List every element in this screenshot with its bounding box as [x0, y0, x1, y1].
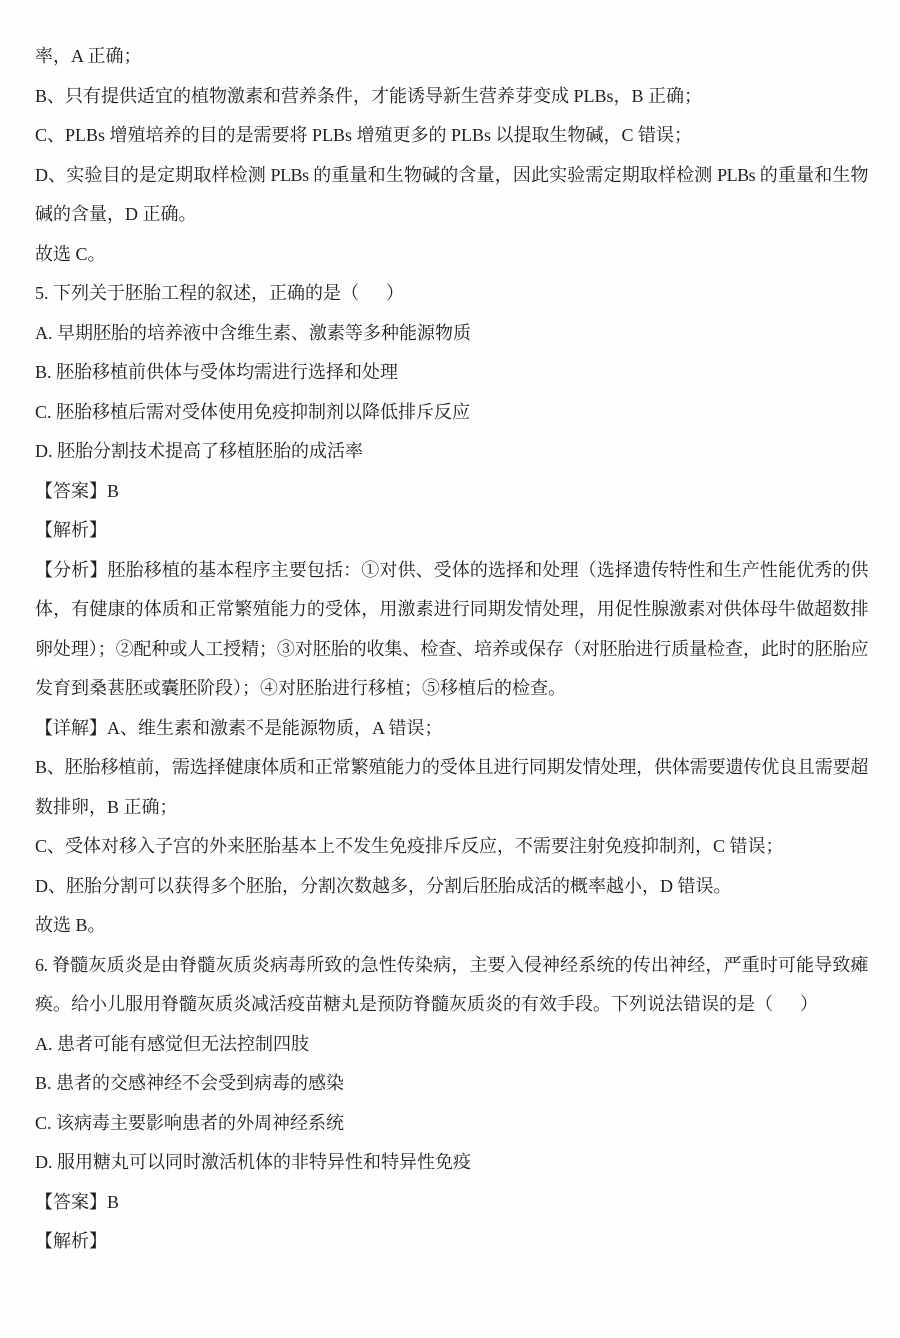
text-line: 故选 C。: [35, 235, 868, 275]
text-line: C. 该病毒主要影响患者的外周神经系统: [35, 1104, 868, 1144]
text-line: D. 胚胎分割技术提高了移植胚胎的成活率: [35, 432, 868, 472]
text-line: 5. 下列关于胚胎工程的叙述，正确的是（ ）: [35, 274, 868, 314]
document-body: 率，A 正确；B、只有提供适宜的植物激素和营养条件，才能诱导新生营养芽变成 PL…: [0, 0, 900, 1262]
text-line: D、胚胎分割可以获得多个胚胎，分割次数越多，分割后胚胎成活的概率越小，D 错误。: [35, 867, 868, 907]
text-line: C、PLBs 增殖培养的目的是需要将 PLBs 增殖更多的 PLBs 以提取生物…: [35, 116, 868, 156]
text-line: 【详解】A、维生素和激素不是能源物质，A 错误；: [35, 709, 868, 749]
text-line: D. 服用糖丸可以同时激活机体的非特异性和特异性免疫: [35, 1143, 868, 1183]
text-line: 数排卵，B 正确；: [35, 788, 868, 828]
text-line: 发育到桑葚胚或囊胚阶段）；④对胚胎进行移植；⑤移植后的检查。: [35, 669, 868, 709]
text-line: 率，A 正确；: [35, 37, 868, 77]
text-line: 6. 脊髓灰质炎是由脊髓灰质炎病毒所致的急性传染病，主要入侵神经系统的传出神经，…: [35, 946, 868, 986]
text-line: 卵处理）；②配种或人工授精；③对胚胎的收集、检查、培养或保存（对胚胎进行质量检查…: [35, 630, 868, 670]
text-line: C、受体对移入子宫的外来胚胎基本上不发生免疫排斥反应，不需要注射免疫抑制剂，C …: [35, 827, 868, 867]
text-line: C. 胚胎移植后需对受体使用免疫抑制剂以降低排斥反应: [35, 393, 868, 433]
text-line: B、只有提供适宜的植物激素和营养条件，才能诱导新生营养芽变成 PLBs，B 正确…: [35, 77, 868, 117]
text-line: 故选 B。: [35, 906, 868, 946]
text-line: B、胚胎移植前，需选择健康体质和正常繁殖能力的受体且进行同期发情处理，供体需要遗…: [35, 748, 868, 788]
text-line: 【分析】胚胎移植的基本程序主要包括：①对供、受体的选择和处理（选择遗传特性和生产…: [35, 551, 868, 591]
text-line: D、实验目的是定期取样检测 PLBs 的重量和生物碱的含量，因此实验需定期取样检…: [35, 156, 868, 196]
text-line: B. 患者的交感神经不会受到病毒的感染: [35, 1064, 868, 1104]
text-line: 痪。给小儿服用脊髓灰质炎减活疫苗糖丸是预防脊髓灰质炎的有效手段。下列说法错误的是…: [35, 985, 868, 1025]
text-line: 碱的含量，D 正确。: [35, 195, 868, 235]
text-line: A. 患者可能有感觉但无法控制四肢: [35, 1025, 868, 1065]
document-page: 率，A 正确；B、只有提供适宜的植物激素和营养条件，才能诱导新生营养芽变成 PL…: [0, 0, 900, 1338]
text-line: B. 胚胎移植前供体与受体均需进行选择和处理: [35, 353, 868, 393]
text-line: 【答案】B: [35, 472, 868, 512]
text-line: 【解析】: [35, 1222, 868, 1262]
text-line: 体，有健康的体质和正常繁殖能力的受体，用激素进行同期发情处理，用促性腺激素对供体…: [35, 590, 868, 630]
text-line: A. 早期胚胎的培养液中含维生素、激素等多种能源物质: [35, 314, 868, 354]
text-line: 【答案】B: [35, 1183, 868, 1223]
text-line: 【解析】: [35, 511, 868, 551]
